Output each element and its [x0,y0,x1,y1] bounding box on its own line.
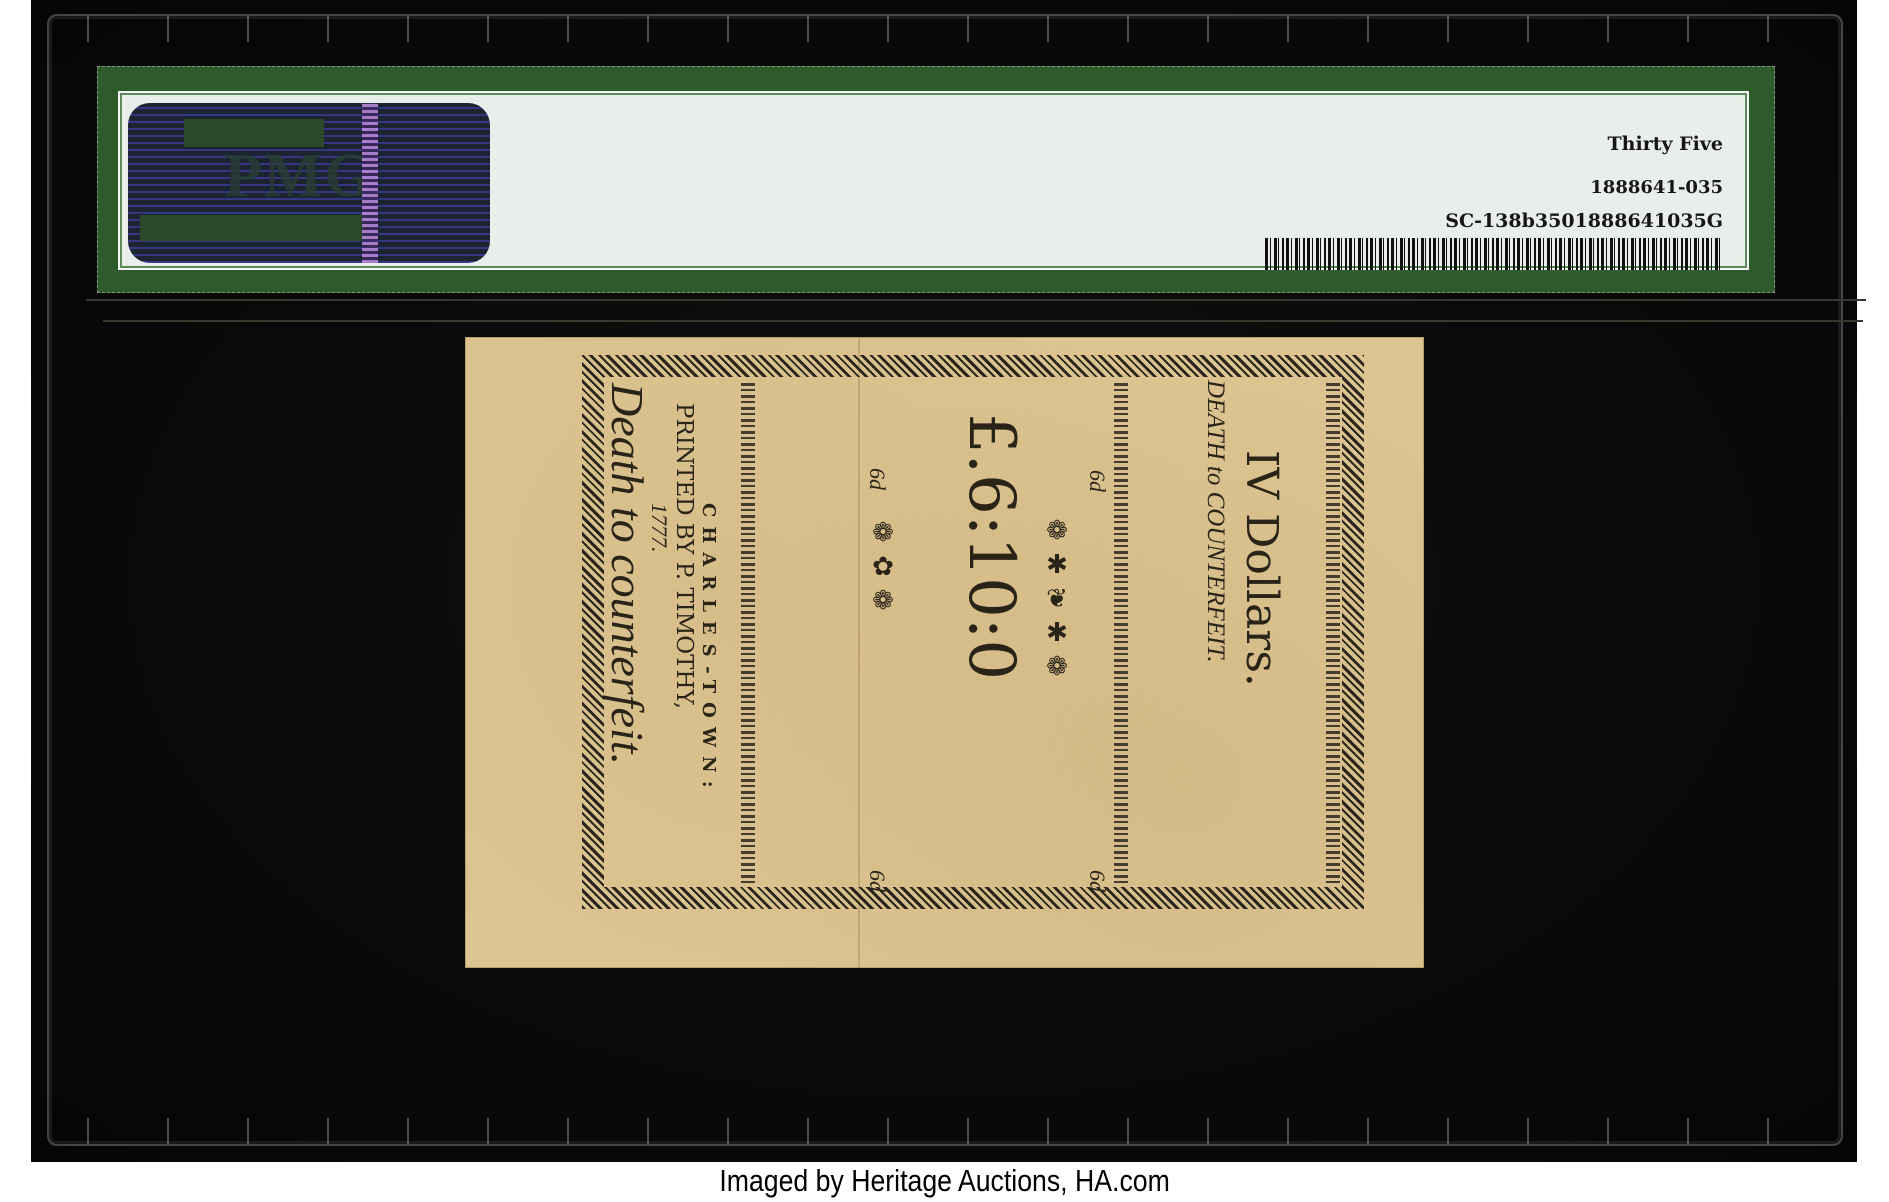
note-denomination: IV Dollars. [1236,450,1287,687]
note-town: CHARLES-TOWN: [698,503,719,797]
hologram-security-strip [362,103,378,263]
grade-word: Thirty Five [1608,133,1723,155]
corner-mark: 6d [864,468,890,490]
ornament: ❁✱❦✱❁ [1042,516,1072,686]
cert-number: 1888641-035 [1590,177,1723,198]
corner-mark: 6d [1084,870,1110,892]
pmg-hologram: PMG [128,103,490,263]
hologram-band [140,215,366,241]
column-border [1326,383,1340,883]
image-credit: Imaged by Heritage Auctions, HA.com [132,1163,1757,1199]
note-death-warning: DEATH to COUNTERFEIT. [1201,380,1229,663]
note-death-script: Death to counterfeit. [601,383,654,765]
barcode [1265,238,1723,270]
grading-label-inner: PMG Thirty Five 1888641-035 SC-138b35018… [118,91,1749,270]
banknote: IV Dollars. DEATH to COUNTERFEIT. £.6:10… [466,338,1423,967]
currency-holder: PMG Thirty Five 1888641-035 SC-138b35018… [31,0,1857,1162]
corner-mark: 6d [1084,470,1110,492]
note-printer: PRINTED BY P. TIMOTHY, [671,403,697,709]
holder-divider [103,320,1863,322]
hologram-logo: PMG [224,141,375,212]
column-border [1114,383,1128,883]
note-value: £.6:10:0 [954,413,1028,680]
catalog-code: SC-138b3501888641035G [1445,210,1723,232]
grading-label: PMG Thirty Five 1888641-035 SC-138b35018… [97,66,1775,293]
holder-divider [86,299,1866,301]
column-border [741,383,755,883]
ornament: ❁✿❁ [868,518,898,620]
corner-mark: 6d [864,870,890,892]
